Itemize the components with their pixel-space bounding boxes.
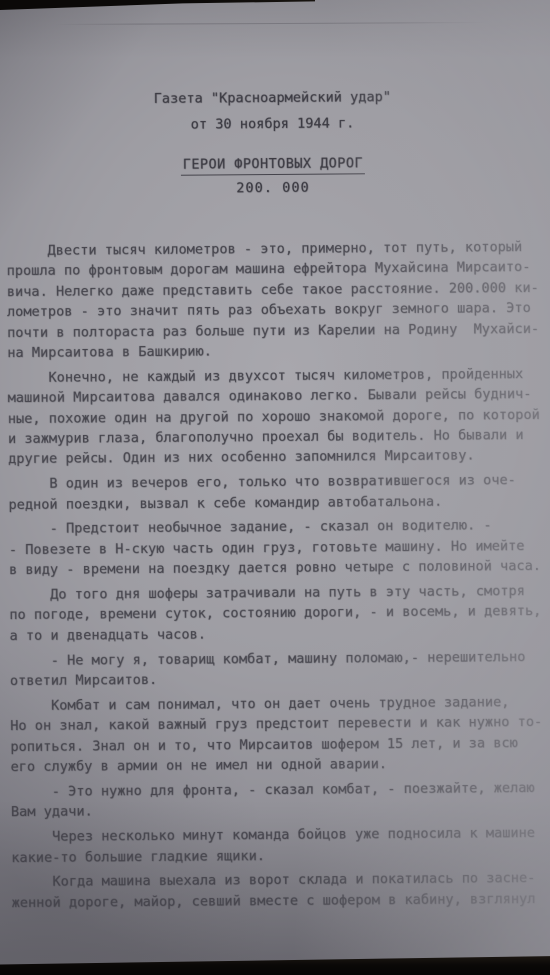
text-line: женной дороге, майор, севший вместе с шо… <box>12 889 550 914</box>
paragraph: - Не могу я, товарищ комбат, машину поло… <box>10 647 548 692</box>
text-line: В один из вечеров его, только что возвра… <box>8 470 546 495</box>
page-content: Газета "Красноармейский удар" от 30 нояб… <box>0 0 550 975</box>
text-line: почти в полтораста раз больше пути из Ка… <box>7 319 545 344</box>
body-text: Двести тысяч километров - это, примерно,… <box>6 237 549 918</box>
paragraph: Двести тысяч километров - это, примерно,… <box>6 237 545 364</box>
text-line: какие-то большие гладкие ящики. <box>11 843 549 868</box>
text-line: - Не могу я, товарищ комбат, машину поло… <box>10 647 548 672</box>
text-line: другие рейсы. Один из них особенно запом… <box>8 445 546 470</box>
paragraph: Через несколько минут команда бойцов уже… <box>11 823 549 868</box>
text-line: ответил Мирсаитов. <box>10 667 548 692</box>
document-header: Газета "Красноармейский удар" от 30 нояб… <box>0 88 548 198</box>
issue-date-line: от 30 ноября 1944 г. <box>0 114 548 134</box>
text-line: в виду - времени на поездку дается ровно… <box>9 556 547 581</box>
paragraph: Конечно, не каждый из двухсот тысяч кило… <box>7 364 546 470</box>
paragraph: Когда машина выехала из ворот склада и п… <box>11 868 549 913</box>
photo-frame: Газета "Красноармейский удар" от 30 нояб… <box>0 0 550 975</box>
paragraph: В один из вечеров его, только что возвра… <box>8 470 546 515</box>
text-line: по погоде, времени суток, состоянию доро… <box>9 601 547 626</box>
text-line: ропиться. Знал он и то, что Мирсаитов шо… <box>10 733 548 758</box>
text-line: на Мирсаитова в Башкирию. <box>7 339 545 364</box>
text-line: а то и двенадцать часов. <box>9 622 547 647</box>
text-line: редной поездки, вызвал к себе командир а… <box>8 491 546 516</box>
text-line: Через несколько минут команда бойцов уже… <box>11 823 549 848</box>
article-title: ГЕРОИ ФРОНТОВЫХ ДОРОГ <box>181 155 365 175</box>
paragraph: До того дня шоферы затрачивали на путь в… <box>9 581 547 646</box>
text-line: его службу в армии он не имел ни одной а… <box>10 753 548 778</box>
paragraph: - Это нужно для фронта, - сказал комбат,… <box>11 778 549 823</box>
paragraph: Комбат и сам понимал, что он дает очень … <box>10 692 549 778</box>
article-number: 200. 000 <box>0 177 548 197</box>
text-line: Вам удачи. <box>11 798 549 823</box>
newspaper-source-line: Газета "Красноармейский удар" <box>0 88 547 108</box>
paragraph: - Предстоит необычное задание, - сказал … <box>9 515 547 580</box>
